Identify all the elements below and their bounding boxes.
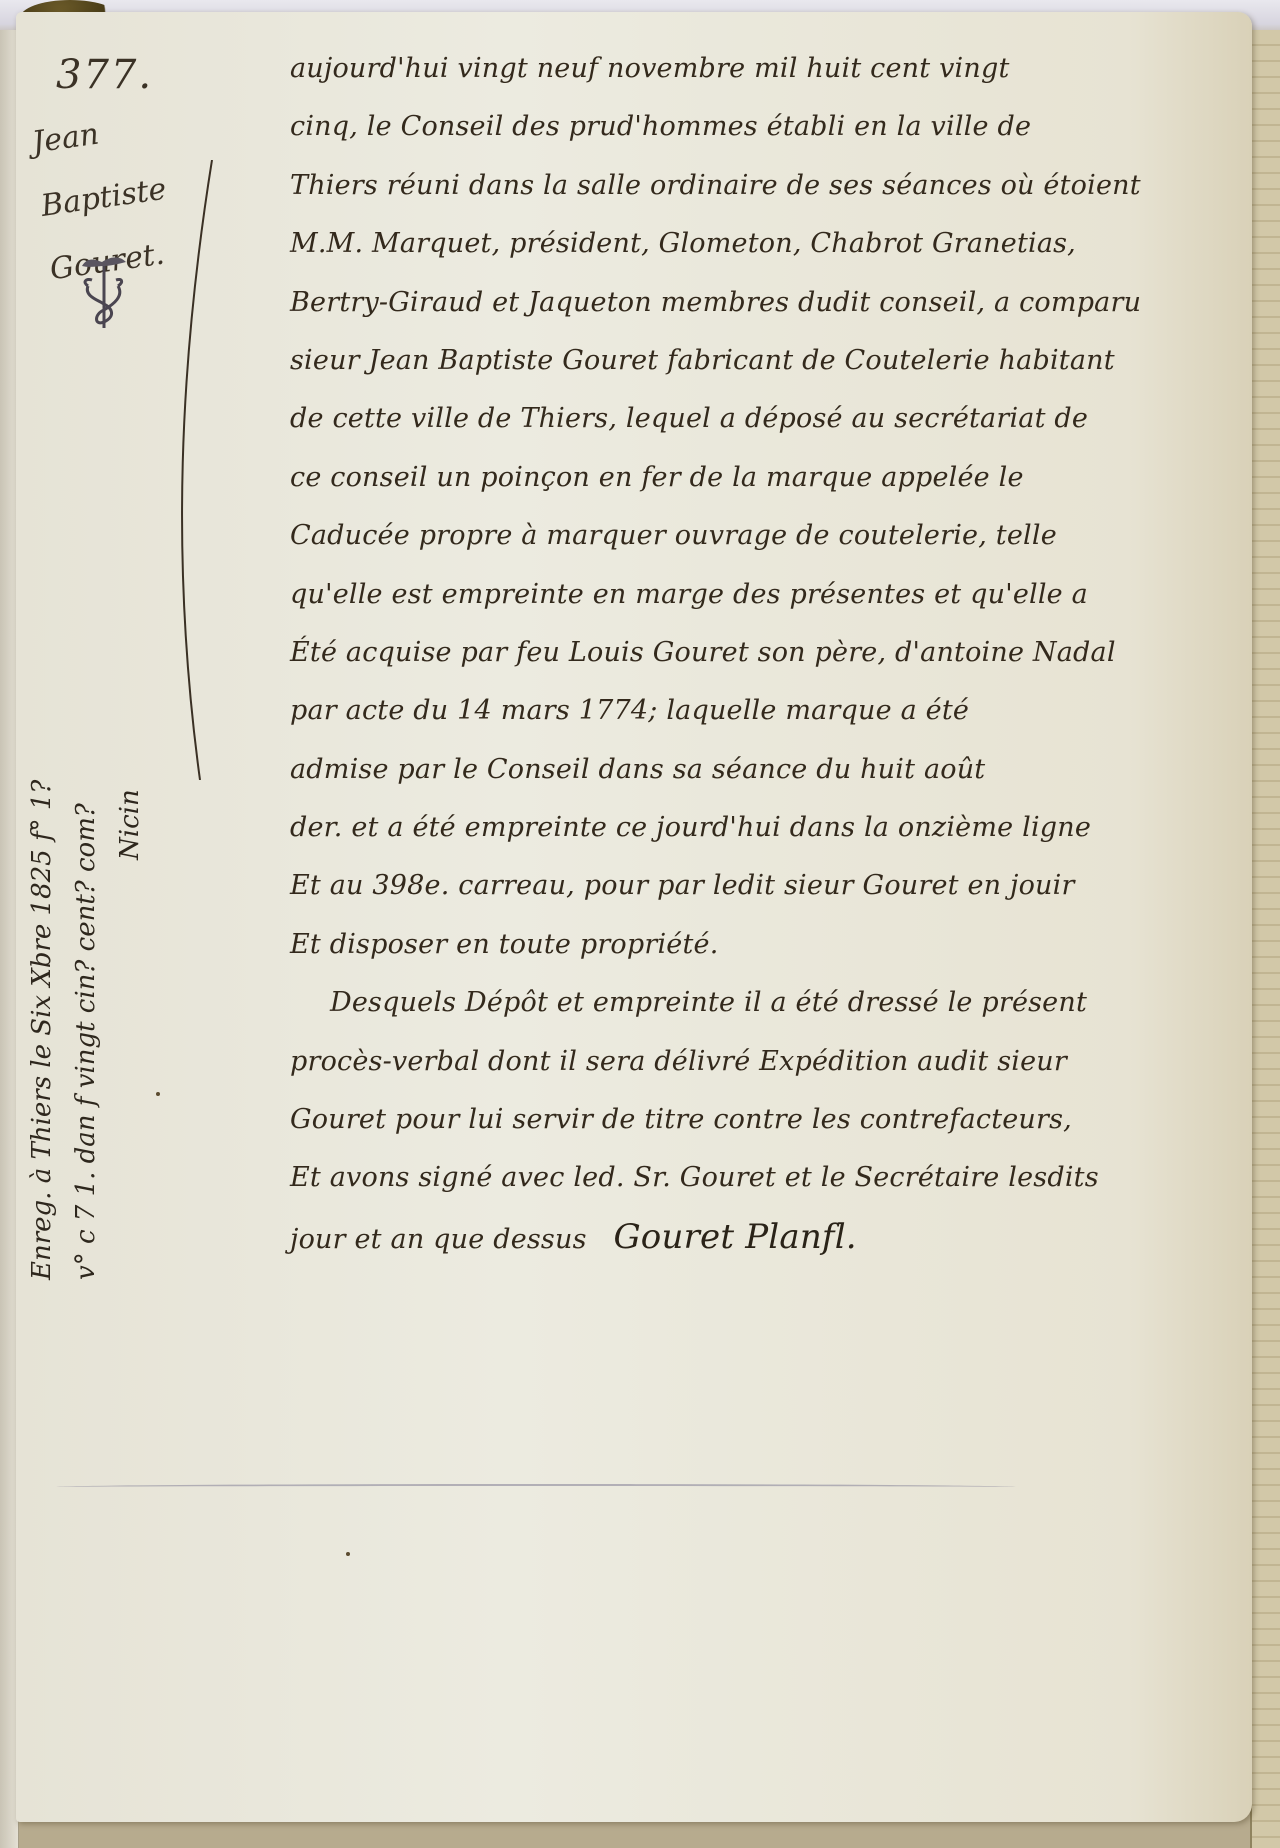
body-line: Et disposer en toute propriété. bbox=[290, 916, 1240, 974]
closing-text: jour et an que dessus bbox=[290, 1224, 587, 1255]
body-line: M.M. Marquet, président, Glometon, Chabr… bbox=[290, 215, 1240, 273]
body-line: der. et a été empreinte ce jourd'hui dan… bbox=[290, 799, 1240, 857]
body-line: Et avons signé avec led. Sr. Gouret et l… bbox=[290, 1149, 1240, 1207]
page-number: 377. bbox=[56, 52, 153, 98]
body-line: qu'elle est empreinte en marge des prése… bbox=[290, 566, 1240, 624]
signatures: Gouret Planfl. bbox=[613, 1217, 856, 1257]
body-line: Thiers réuni dans la salle ordinaire de … bbox=[290, 157, 1240, 215]
body-line: de cette ville de Thiers, lequel a dépos… bbox=[290, 390, 1240, 448]
body-line: Été acquise par feu Louis Gouret son pèr… bbox=[290, 624, 1240, 682]
body-line: admise par le Conseil dans sa séance du … bbox=[290, 741, 1240, 799]
margin-note-line: v° c 7 1. dan f vingt cin? cent? com? bbox=[64, 480, 108, 1280]
margin-registration-note: Enreg. à Thiers le Six Xbre 1825 f° 1? v… bbox=[20, 480, 190, 1280]
body-line: cinq, le Conseil des prud'hommes établi … bbox=[290, 98, 1240, 156]
margin-note-signature: Nicin bbox=[108, 480, 152, 1280]
margin-note-line: Enreg. à Thiers le Six Xbre 1825 f° 1? bbox=[20, 480, 64, 1280]
body-line: Gouret pour lui servir de titre contre l… bbox=[290, 1091, 1240, 1149]
body-line: Bertry-Giraud et Jaqueton membres dudit … bbox=[290, 274, 1240, 332]
body-line: Caducée propre à marquer ouvrage de cout… bbox=[290, 507, 1240, 565]
body-line: ce conseil un poinçon en fer de la marqu… bbox=[290, 449, 1240, 507]
body-line: par acte du 14 mars 1774; laquelle marqu… bbox=[290, 682, 1240, 740]
closing-line: jour et an que dessus Gouret Planfl. bbox=[290, 1208, 1240, 1266]
torn-paper-edge bbox=[56, 1484, 1016, 1490]
body-line: Desquels Dépôt et empreinte il a été dre… bbox=[290, 974, 1240, 1032]
body-line: Et au 398e. carreau, pour par ledit sieu… bbox=[290, 857, 1240, 915]
body-line: procès-verbal dont il sera délivré Expéd… bbox=[290, 1033, 1240, 1091]
manuscript-body: aujourd'hui vingt neuf novembre mil huit… bbox=[290, 40, 1240, 1266]
caduceus-icon bbox=[78, 252, 130, 328]
page-stack-edge bbox=[1250, 30, 1280, 1848]
ink-spot bbox=[346, 1552, 350, 1556]
body-line: sieur Jean Baptiste Gouret fabricant de … bbox=[290, 332, 1240, 390]
body-line: aujourd'hui vingt neuf novembre mil huit… bbox=[290, 40, 1240, 98]
